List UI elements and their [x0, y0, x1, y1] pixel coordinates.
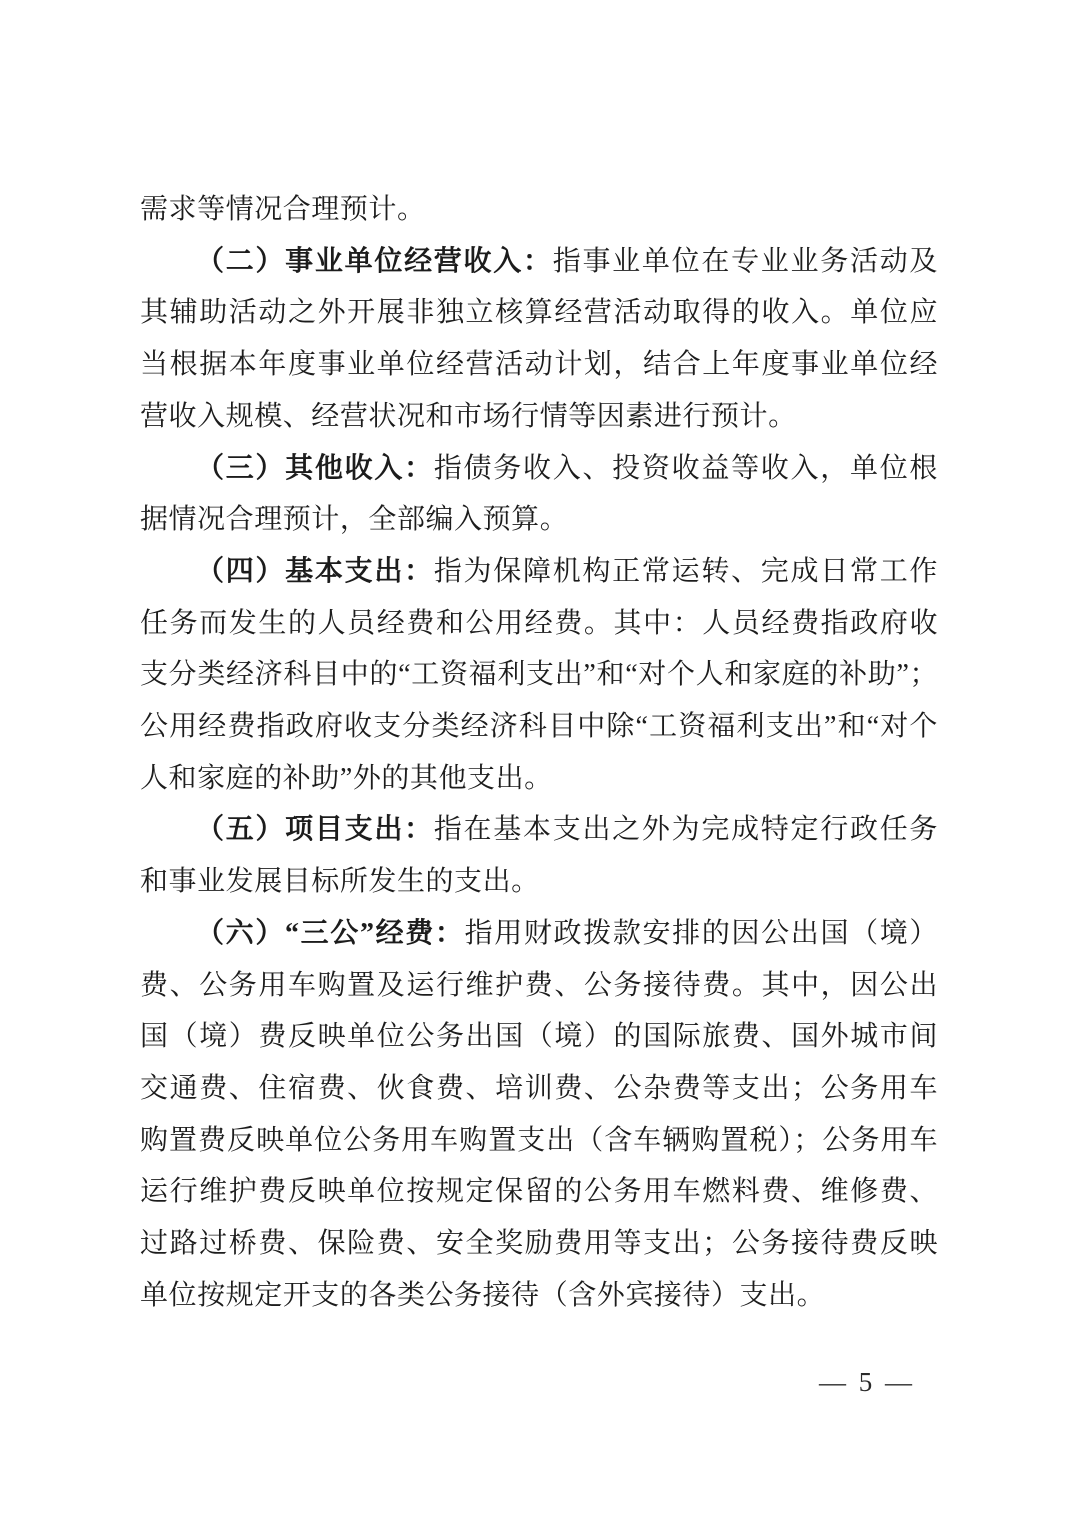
- paragraph-lead: （四）基本支出：: [196, 556, 434, 587]
- paragraph-text: 需求等情况合理预计。: [140, 194, 426, 225]
- page-number: — 5 —: [0, 1366, 915, 1398]
- paragraph-text: 指为保障机构正常运转、完成日常工作任务而发生的人员经费和公用经费。其中：人员经费…: [140, 556, 938, 794]
- paragraph: 需求等情况合理预计。: [140, 184, 938, 236]
- paragraph: （五）项目支出：指在基本支出之外为完成特定行政任务和事业发展目标所发生的支出。: [140, 804, 938, 907]
- paragraph-lead: （三）其他收入：: [196, 453, 434, 484]
- paragraph-text: 指用财政拨款安排的因公出国（境）费、公务用车购置及运行维护费、公务接待费。其中，…: [140, 918, 938, 1311]
- paragraph: （六）“三公”经费：指用财政拨款安排的因公出国（境）费、公务用车购置及运行维护费…: [140, 908, 938, 1322]
- paragraph-lead: （六）“三公”经费：: [196, 918, 465, 949]
- paragraph: （二）事业单位经营收入：指事业单位在专业业务活动及其辅助活动之外开展非独立核算经…: [140, 236, 938, 443]
- paragraph: （三）其他收入：指债务收入、投资收益等收入，单位根据情况合理预计，全部编入预算。: [140, 443, 938, 546]
- document-page: 需求等情况合理预计。 （二）事业单位经营收入：指事业单位在专业业务活动及其辅助活…: [0, 0, 1074, 1520]
- paragraph-lead: （五）项目支出：: [196, 814, 434, 845]
- paragraph-lead: （二）事业单位经营收入：: [196, 246, 553, 277]
- document-body: 需求等情况合理预计。 （二）事业单位经营收入：指事业单位在专业业务活动及其辅助活…: [140, 184, 938, 1321]
- paragraph: （四）基本支出：指为保障机构正常运转、完成日常工作任务而发生的人员经费和公用经费…: [140, 546, 938, 805]
